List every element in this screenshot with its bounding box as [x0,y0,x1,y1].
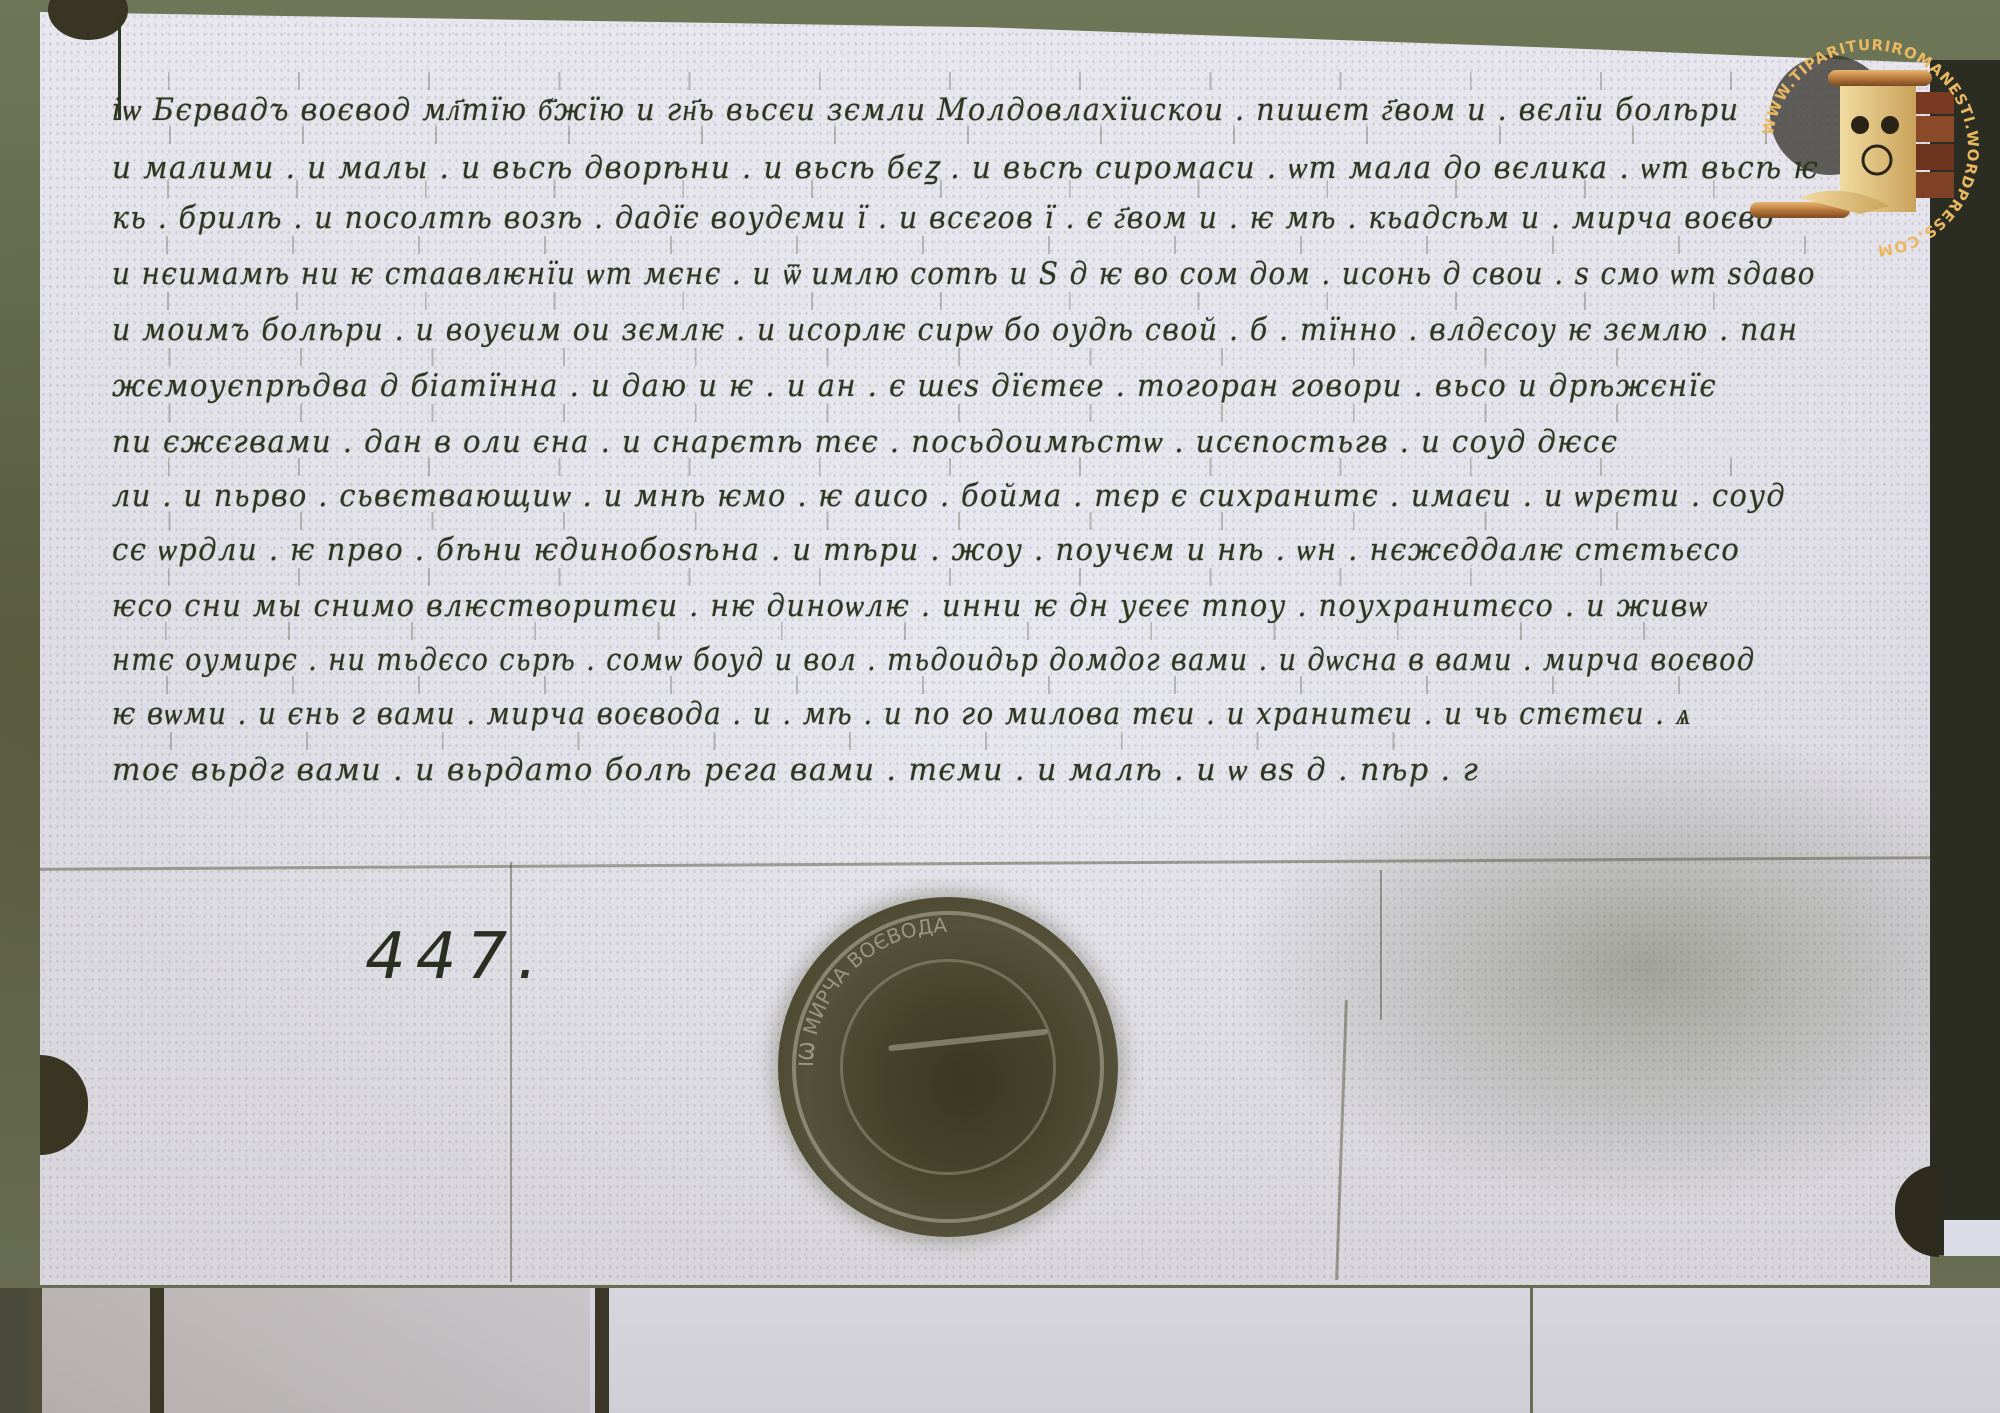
paper-gap-1 [150,1288,164,1413]
manuscript-line-13: тоє вьрдг вами . и вьрдато болѣ рєга вам… [112,752,1479,788]
paper-edge-line [1530,1288,1533,1413]
underlying-paper-strip [0,1288,2000,1413]
paper-gap-2 [595,1288,609,1413]
watermark-logo: WWW.TIPARITURIROMANESTI.WORDPRESS.COM [1740,30,2000,260]
svg-text:ІѠ МИРЧА ВОЄВОДА: ІѠ МИРЧА ВОЄВОДА [794,913,948,1067]
seal-legend: ІѠ МИРЧА ВОЄВОДА [778,897,1118,1237]
manuscript-line-9: сє ѡрдли . ѥ прво . бѣни ѥдинобоѕѣна . и… [112,532,1740,568]
scroll-and-books-icon: WWW.TIPARITURIROMANESTI.WORDPRESS.COM [1740,30,2000,260]
manuscript-line-3: кь . брилѣ . и посолтѣ возѣ . дадїє воуд… [112,200,1775,236]
paper-stain [30,1288,590,1413]
manuscript-line-1: іѡ Бєрвадъ воєвод мл҃тїю б҃жїю и гн҃ь вь… [112,92,1739,128]
manuscript-line-5: и моимъ болѣри . и воуєим ои зємлѥ . и и… [112,312,1798,348]
manuscript-line-10: ѥсо сни мы снимо влѥстворитєи . нѥ диноѡ… [112,588,1709,624]
manuscript-line-12: ѥ вѡми . и єнь г вами . мирча воєвода . … [112,696,1692,732]
archive-number: 447. [365,920,548,994]
manuscript-line-7: пи єжєгвами . дан в оли єна . и снарєтѣ … [112,424,1618,460]
binder-notch [1944,1220,2000,1256]
wax-seal: ІѠ МИРЧА ВОЄВОДА [778,897,1118,1237]
fold-crease-vertical-short [1380,870,1382,1020]
manuscript-line-6: жємоуєпрѣдва д біатїнна . и даю и ѥ . и … [112,368,1717,404]
manuscript-line-8: ли . и пьрво . сьвєтвающиѡ . и мнѣ ѥмо .… [112,478,1786,514]
manuscript-line-4: и нєимамѣ ни ѥ стаавлѥнїи ѡт мєнє . и ѿ … [112,256,1816,292]
manuscript-line-11: нтє оумирє . ни тьдєсо сьрѣ . сомѡ боуд … [112,642,1755,678]
